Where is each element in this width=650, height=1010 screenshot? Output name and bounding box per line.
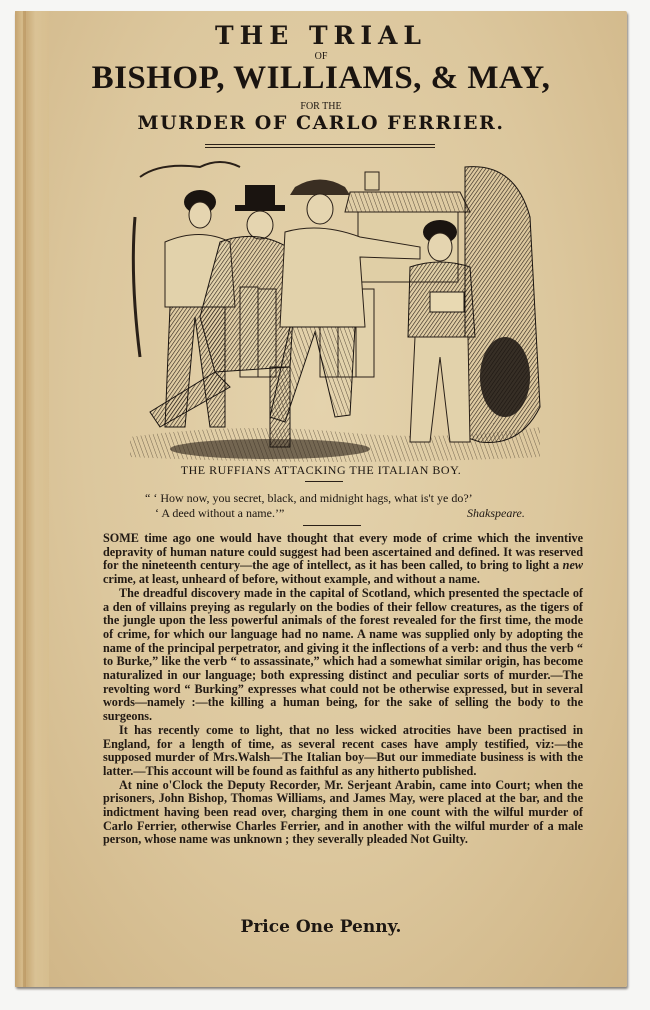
woodcut-illustration: [120, 157, 560, 467]
caption-rule: [305, 481, 343, 482]
epigraph-line-1: “ ‘ How now, you secret, black, and midn…: [145, 491, 473, 506]
pamphlet-page: THE TRIAL OF BISHOP, WILLIAMS, & MAY, FO…: [15, 11, 627, 987]
title-rule: [205, 144, 435, 145]
article-body: SOME time ago one would have thought tha…: [103, 532, 583, 847]
epigraph-attribution: Shakspeare.: [467, 506, 525, 521]
title-for-the: FOR THE: [15, 101, 627, 112]
title-rule-2: [205, 147, 435, 148]
title-line-1: THE TRIAL: [15, 21, 627, 50]
epigraph-line-2: ‘ A deed without a name.’”: [155, 506, 284, 521]
epigraph-rule: [303, 525, 361, 526]
paragraph-2: The dreadful discovery made in the capit…: [103, 587, 583, 724]
illustration-caption: THE RUFFIANS ATTACKING THE ITALIAN BOY.: [15, 463, 627, 478]
price-line: Price One Penny.: [15, 917, 627, 937]
emphasis-new: new: [563, 558, 583, 572]
paragraph-1-lead: SOME: [103, 531, 139, 545]
paragraph-1: SOME time ago one would have thought tha…: [103, 532, 583, 587]
page-spine-edge: [15, 11, 49, 987]
title-defendants: BISHOP, WILLIAMS, & MAY,: [15, 60, 627, 97]
paragraph-3: It has recently come to light, that no l…: [103, 724, 583, 779]
paragraph-4: At nine o'Clock the Deputy Recorder, Mr.…: [103, 779, 583, 848]
title-murder: MURDER OF CARLO FERRIER.: [15, 112, 627, 134]
